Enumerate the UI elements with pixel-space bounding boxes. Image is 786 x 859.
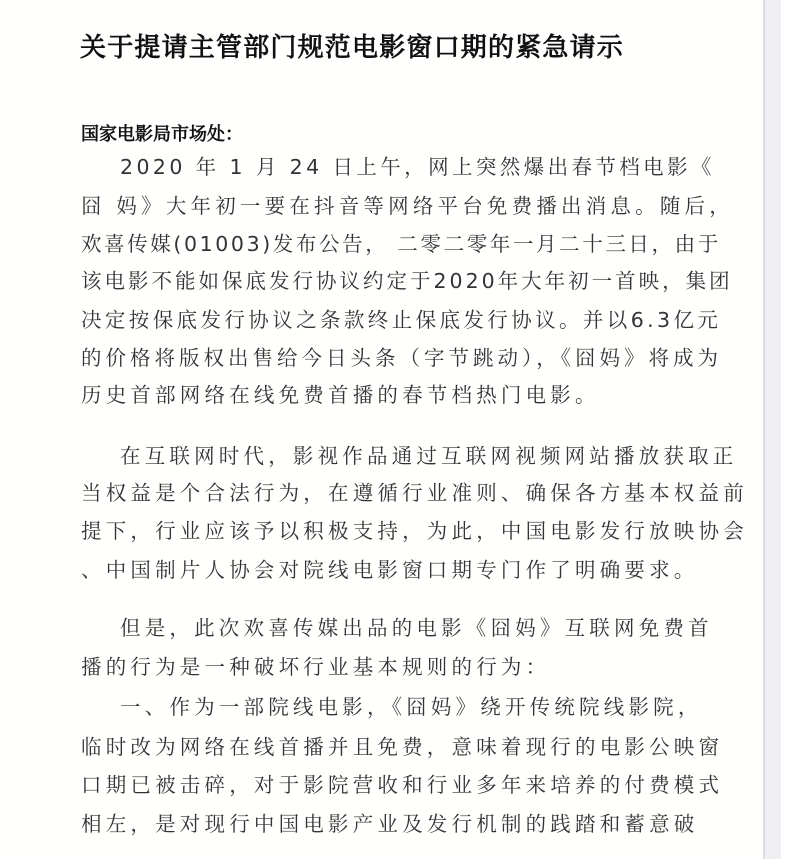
- body-line: 该电影不能如保底发行协议约定于2020年大年初一首映，集团: [81, 264, 733, 294]
- document-page: 关于提请主管部门规范电影窗口期的紧急请示 国家电影局市场处： 2020 年 1 …: [0, 0, 763, 859]
- body-line: 当权益是个合法行为，在遵循行业准则、确保各方基本权益前: [81, 476, 748, 506]
- body-line: 一、作为一部院线电影，《囧妈》绕开传统院线影院，: [120, 690, 703, 720]
- body-line: 但是，此次欢喜传媒出品的电影《囧妈》互联网免费首: [120, 611, 713, 641]
- body-line: 口期已被击碎，对于影院营收和行业多年来培养的付费模式: [81, 768, 723, 798]
- body-line: 、中国制片人协会对院线电影窗口期专门作了明确要求。: [81, 553, 699, 583]
- body-line: 历史首部网络在线免费首播的春节档热门电影。: [81, 378, 600, 408]
- document-title: 关于提请主管部门规范电影窗口期的紧急请示: [80, 27, 624, 64]
- body-line: 在互联网时代，影视作品通过互联网视频网站播放获取正: [120, 439, 738, 469]
- body-line: 提下，行业应该予以积极支持，为此，中国电影发行放映协会: [81, 514, 748, 544]
- body-line: 2020 年 1 月 24 日上午，网上突然爆出春节档电影《: [120, 150, 715, 180]
- body-line: 欢喜传媒(01003)发布公告， 二零二零年一月二十三日，由于: [81, 227, 721, 257]
- salutation: 国家电影局市场处：: [81, 120, 243, 146]
- body-line: 相左，是对现行中国电影产业及发行机制的践踏和蓄意破: [81, 807, 699, 837]
- body-line: 囧 妈》大年初一要在抖音等网络平台免费播出消息。随后，: [81, 189, 734, 219]
- body-line: 临时改为网络在线首播并且免费，意味着现行的电影公映窗: [81, 730, 723, 760]
- body-line: 决定按保底发行协议之条款终止保底发行协议。并以6.3亿元: [81, 303, 721, 333]
- body-line: 的价格将版权出售给今日头条（字节跳动），《囧妈》将成为: [81, 341, 722, 371]
- body-line: 播的行为是一种破坏行业基本规则的行为：: [81, 650, 550, 680]
- page-edge-scrollbar[interactable]: [763, 0, 781, 859]
